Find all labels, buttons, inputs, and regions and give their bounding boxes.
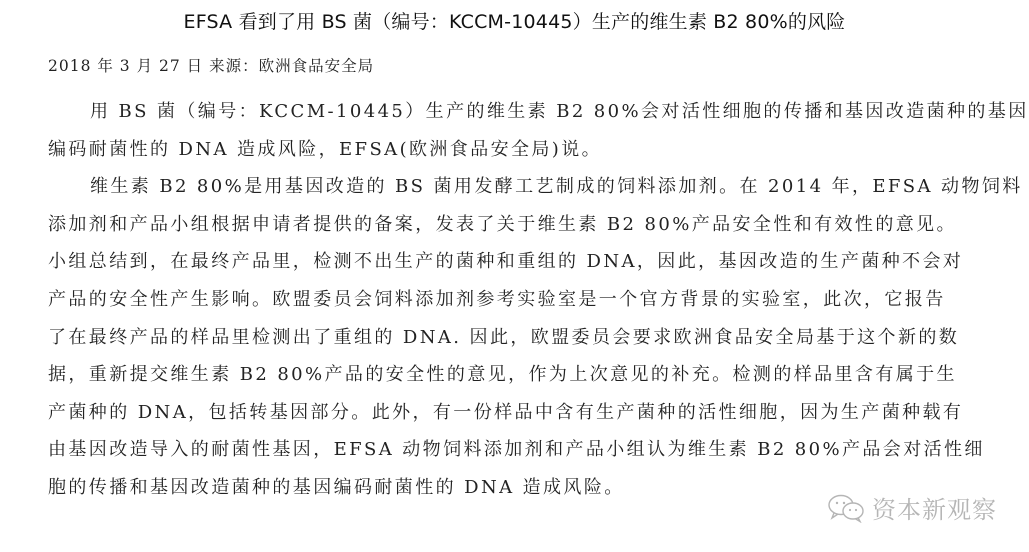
wechat-watermark: 资本新观察: [826, 490, 997, 525]
paragraph-2-line-3: 小组总结到，在最终产品里，检测不出生产的菌种和重组的 DNA，因此，基因改造的生…: [48, 243, 998, 281]
article-body: 用 BS 菌（编号：KCCM-10445）生产的维生素 B2 80%会对活性细胞…: [48, 93, 998, 507]
paragraph-2-line-4: 产品的安全性产生影响。欧盟委员会饲料添加剂参考实验室是一个官方背景的实验室，此次…: [48, 281, 998, 319]
paragraph-1-line-1: 用 BS 菌（编号：KCCM-10445）生产的维生素 B2 80%会对活性细胞…: [48, 93, 998, 131]
paragraph-2-line-7: 产菌种的 DNA，包括转基因部分。此外，有一份样品中含有生产菌种的活性细胞，因为…: [48, 394, 998, 432]
wechat-icon: [826, 493, 866, 523]
paragraph-2-line-1: 维生素 B2 80%是用基因改造的 BS 菌用发酵工艺制成的饲料添加剂。在 20…: [48, 168, 998, 206]
paragraph-2-line-2: 添加剂和产品小组根据申请者提供的备案，发表了关于维生素 B2 80%产品安全性和…: [48, 206, 998, 244]
paragraph-2-line-8: 由基因改造导入的耐菌性基因，EFSA 动物饲料添加剂和产品小组认为维生素 B2 …: [48, 431, 998, 469]
paragraph-2-line-6: 据，重新提交维生素 B2 80%产品的安全性的意见，作为上次意见的补充。检测的样…: [48, 356, 998, 394]
paragraph-2-line-5: 了在最终产品的样品里检测出了重组的 DNA. 因此，欧盟委员会要求欧洲食品安全局…: [48, 319, 998, 357]
watermark-text: 资本新观察: [872, 490, 997, 525]
article-title: EFSA 看到了用 BS 菌（编号：KCCM-10445）生产的维生素 B2 8…: [0, 8, 1029, 36]
paragraph-1-line-2: 编码耐菌性的 DNA 造成风险，EFSA(欧洲食品安全局)说。: [48, 131, 998, 169]
article-meta-date-source: 2018 年 3 月 27 日 来源：欧洲食品安全局: [48, 54, 374, 78]
